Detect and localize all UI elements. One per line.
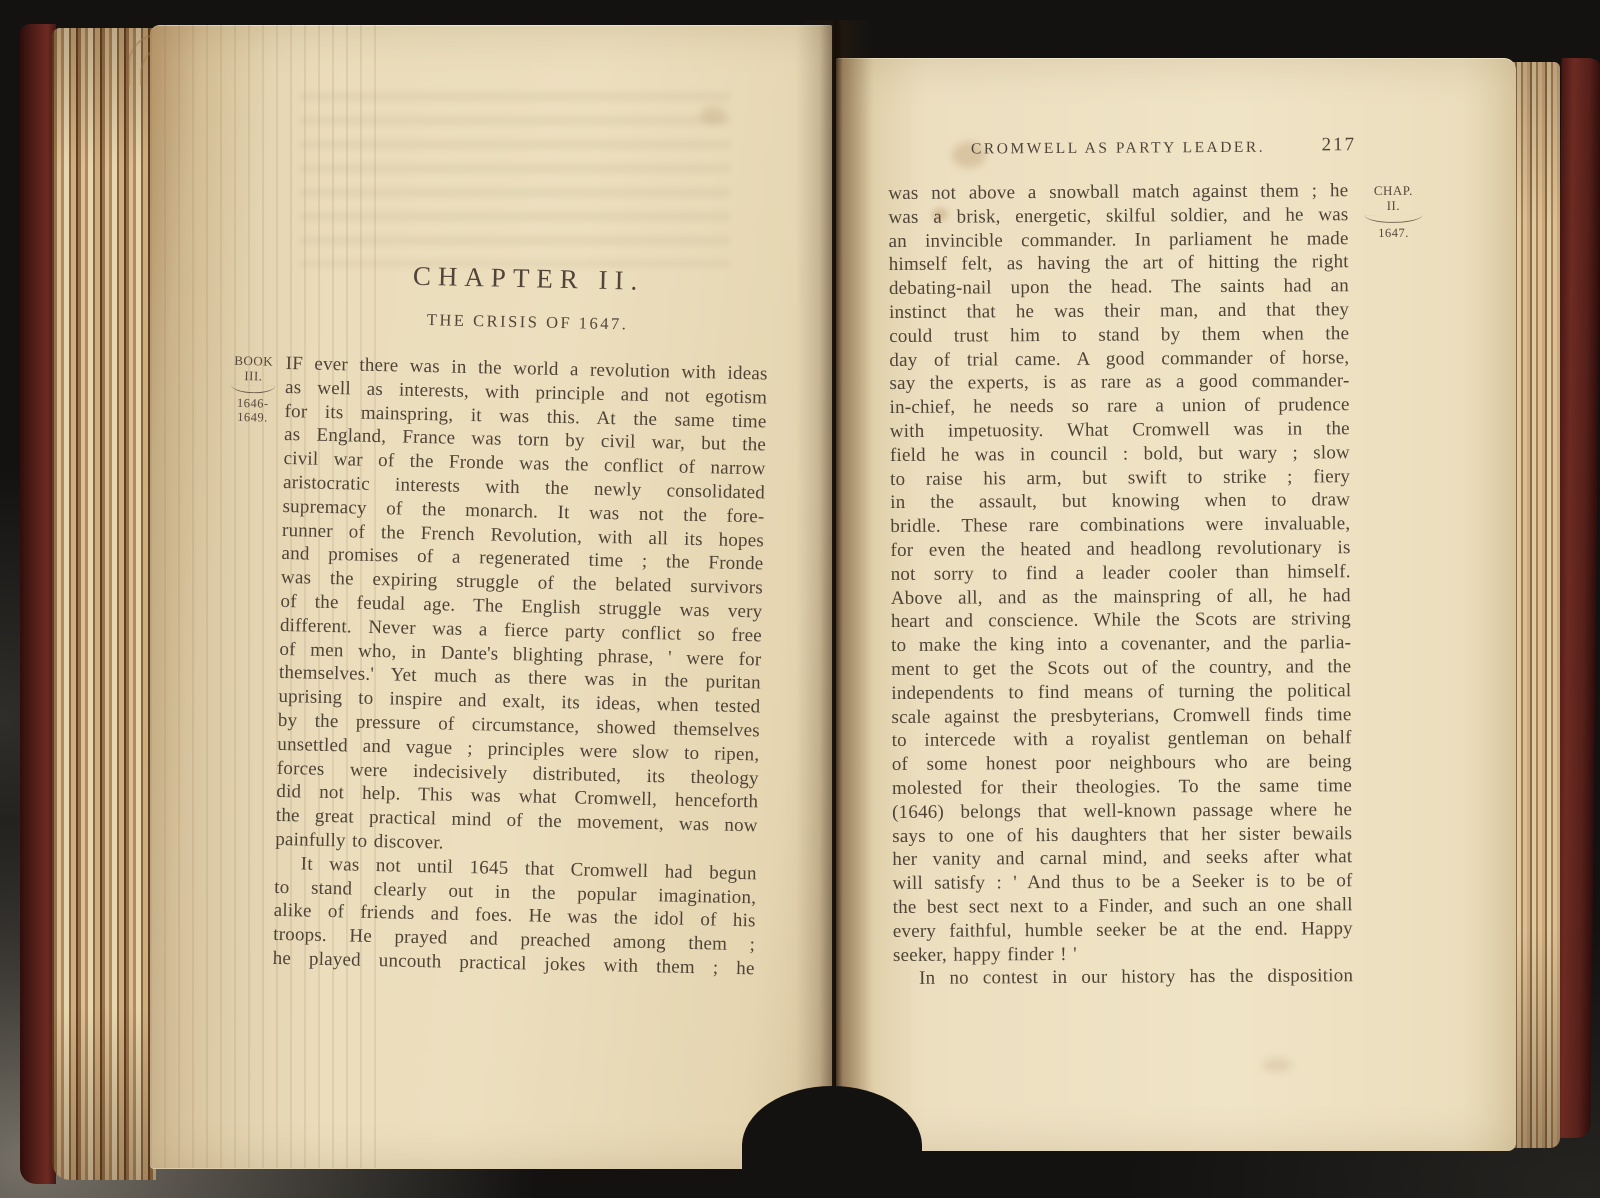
page-edges-fan-left [52,28,156,1180]
text-line: could trust him to stand by them when th… [889,322,1349,349]
text-line: of some honest poor neighbours who are b… [892,750,1352,777]
right-page-text: CROMWELL AS PARTY LEADER. 217 CHAP. II. … [888,137,1353,991]
page-edges-fan-right [1512,62,1560,1148]
margin-note-chap: CHAP. II. 1647. [1360,183,1426,240]
text-line: debating-nail upon the head. The saints … [889,274,1349,301]
text-line: in the assault, but knowing when to draw [890,489,1350,516]
text-line: will satisfy : ' And thus to be a Seeker… [892,869,1352,896]
margin-note-year: 1647. [1361,226,1427,240]
text-line: himself felt, as having the art of hitti… [889,251,1349,278]
text-line: say the experts, is as rare as a good co… [889,370,1349,397]
left-page-body: IF ever there was in the world a revolut… [272,352,767,981]
running-header: CROMWELL AS PARTY LEADER. 217 [888,137,1348,160]
margin-note-brace [1364,215,1422,223]
text-line: Above all, and as the mainspring of all,… [891,584,1351,611]
gutter-bottom-shadow [742,1086,922,1198]
text-line: (1646) belongs that well-known passage w… [892,798,1352,825]
margin-note-book: BOOK III. 1646- 1649. [226,353,280,425]
text-line: was not above a snowball match against t… [888,179,1348,206]
text-line: was a brisk, energetic, skilful soldier,… [888,203,1348,230]
text-line: field he was in council : bold, but wary… [890,441,1350,468]
margin-note-chap-label: CHAP. [1360,183,1426,198]
text-line: to raise his arm, but swift to strike ; … [890,465,1350,492]
book-cover-left [20,24,56,1184]
margin-note-brace [231,385,275,394]
text-line: her vanity and carnal mind, and seeks af… [892,845,1352,872]
book-photo: CHAPTER II. THE CRISIS OF 1647. BOOK III… [0,0,1600,1198]
margin-note-book-label: BOOK [228,353,280,369]
left-page-text: CHAPTER II. THE CRISIS OF 1647. BOOK III… [272,258,769,981]
text-line: scale against the presbyterians, Cromwel… [891,703,1351,730]
margin-note-year-start: 1646- [227,396,279,411]
right-page-body: was not above a snowball match against t… [888,179,1353,991]
text-line: independents to find means of turning th… [891,679,1351,706]
text-line: seeker, happy finder ! ' [893,941,1353,968]
text-line: In no contest in our history has the dis… [893,964,1353,991]
margin-note-chap-numeral: II. [1360,198,1426,213]
text-line: the best sect next to a Finder, and such… [893,893,1353,920]
text-line: heart and conscience. While the Scots ar… [891,608,1351,635]
text-line: to intercede with a royalist gentleman o… [892,727,1352,754]
text-line: to make the king into a covenanter, and … [891,631,1351,658]
text-line: says to one of his daughters that her si… [892,822,1352,849]
page-number: 217 [1321,135,1356,155]
text-line: day of trial came. A good commander of h… [889,346,1349,373]
text-line: in-chief, he needs so rare a union of pr… [890,393,1350,420]
text-line: molested for their theologies. To the sa… [892,774,1352,801]
margin-note-book-numeral: III. [227,368,279,384]
text-line: instinct that he was their man, and that… [889,298,1349,325]
margin-note-year-end: 1649. [226,410,278,425]
running-header-title: CROMWELL AS PARTY LEADER. [971,139,1265,158]
text-line: ment to get the Scots out of the country… [891,655,1351,682]
text-line: every faithful, humble seeker be at the … [893,917,1353,944]
text-line: not sorry to find a leader cooler than h… [891,560,1351,587]
section-heading: THE CRISIS OF 1647. [286,306,768,339]
text-line: for even the heated and headlong revolut… [890,536,1350,563]
text-line: bridle. These rare combinations were inv… [890,512,1350,539]
text-line: with impetuosity. What Cromwell was in t… [890,417,1350,444]
text-line: an invincible commander. In parliament h… [889,227,1349,254]
